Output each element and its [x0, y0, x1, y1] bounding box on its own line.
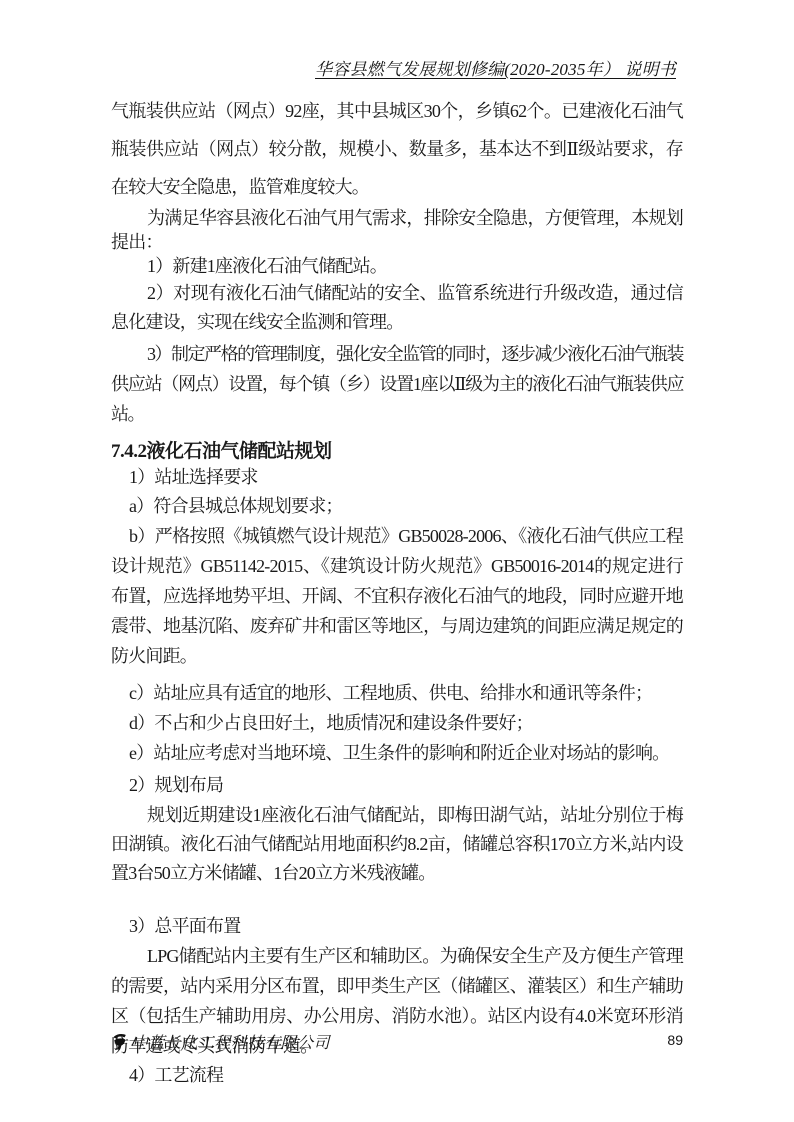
siting-item-c: c）站址应具有适宜的地形、工程地质、供电、给排水和通讯等条件；: [111, 678, 683, 708]
page-number: 89: [667, 1032, 683, 1048]
footer-company-block: 中蓝长化工程科技有限公司: [111, 1030, 330, 1053]
siteplan-heading: 3）总平面布置: [111, 911, 683, 941]
siting-heading: 1）站址选择要求: [111, 464, 683, 491]
siting-item-d: d）不占和少占良田好土，地质情况和建设条件要好；: [111, 708, 683, 738]
company-name: 中蓝长化工程科技有限公司: [132, 1030, 330, 1053]
section-heading: 7.4.2液化石油气储配站规划: [111, 439, 683, 464]
company-logo-icon: [111, 1033, 127, 1051]
page-footer: 中蓝长化工程科技有限公司 89: [111, 1030, 683, 1053]
siting-item-a: a）符合县城总体规划要求；: [111, 491, 683, 521]
plan-list-item-2: 2）对现有液化石油气储配站的安全、监管系统进行升级改造，通过信息化建设，实现在线…: [111, 279, 683, 337]
plan-intro-paragraph: 为满足华容县液化石油气用气需求，排除安全隐患，方便管理，本规划提出：: [111, 206, 683, 254]
header-title: 华容县燃气发展规划修编(2020-2035年） 说明书: [315, 60, 676, 79]
layout-paragraph: 规划近期建设1座液化石油气储配站，即梅田湖气站，站址分别位于梅田湖镇。液化石油气…: [111, 801, 683, 888]
siting-item-b: b）严格按照《城镇燃气设计规范》GB50028-2006、《液化石油气供应工程设…: [111, 521, 683, 671]
section-title: 液化石油气储配站规划: [147, 441, 332, 462]
document-page: 华容县燃气发展规划修编(2020-2035年） 说明书 气瓶装供应站（网点）92…: [0, 0, 794, 1122]
siting-item-e: e）站址应考虑对当地环境、卫生条件的影响和附近企业对场站的影响。: [111, 738, 683, 768]
section-number: 7.4.2: [111, 441, 147, 462]
page-body: 气瓶装供应站（网点）92座，其中县城区30个，乡镇62个。已建液化石油气瓶装供应…: [111, 92, 683, 1089]
layout-heading: 2）规划布局: [111, 770, 683, 801]
plan-list-item-3: 3）制定严格的管理制度，强化安全监管的同时，逐步减少液化石油气瓶装供应站（网点）…: [111, 339, 683, 429]
intro-paragraph: 气瓶装供应站（网点）92座，其中县城区30个，乡镇62个。已建液化石油气瓶装供应…: [111, 92, 683, 206]
page-header: 华容县燃气发展规划修编(2020-2035年） 说明书: [111, 55, 676, 80]
process-heading: 4）工艺流程: [111, 1061, 683, 1089]
plan-list-item-1: 1）新建1座液化石油气储配站。: [111, 254, 683, 279]
